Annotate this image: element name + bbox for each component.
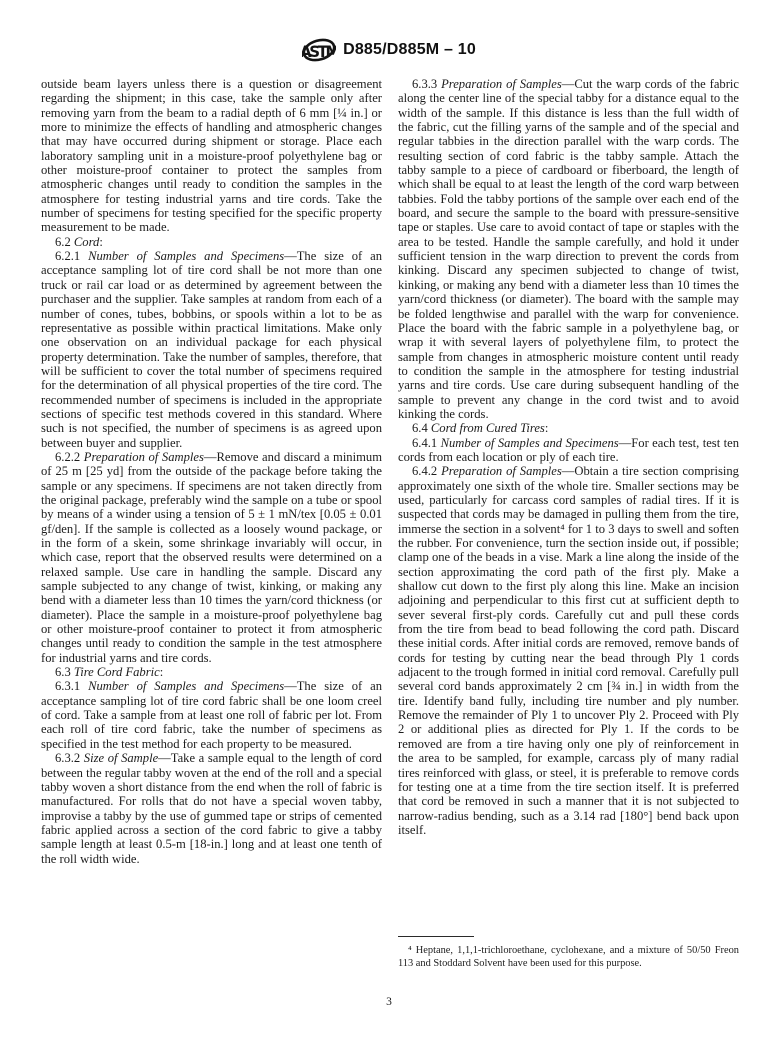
text-run: 6.3 xyxy=(55,665,74,679)
text-run: 6.3.1 xyxy=(55,679,88,693)
paragraph: 6.3 Tire Cord Fabric: xyxy=(41,665,382,679)
italic-run: Size of Sample xyxy=(84,751,158,765)
text-run: : xyxy=(160,665,164,679)
text-run: 6.4 xyxy=(412,421,431,435)
page-number: 3 xyxy=(0,996,778,1008)
text-run: outside beam layers unless there is a qu… xyxy=(41,77,382,234)
right-text-column: 6.3.3 Preparation of Samples—Cut the war… xyxy=(398,77,739,837)
text-run: 6.3.2 xyxy=(55,751,84,765)
footnote-text: ⁴ Heptane, 1,1,1-trichloroethane, cycloh… xyxy=(398,945,739,970)
paragraph: 6.2.1 Number of Samples and Specimens—Th… xyxy=(41,249,382,450)
paragraph: 6.4.2 Preparation of Samples—Obtain a ti… xyxy=(398,464,739,837)
document-page: ASTM D885/D885M – 10 outside beam layers… xyxy=(0,0,778,1041)
paragraph: 6.4.1 Number of Samples and Specimens—Fo… xyxy=(398,436,739,465)
italic-run: Cord from Cured Tires xyxy=(431,421,545,435)
text-run: 6.2.1 xyxy=(55,249,88,263)
text-run: : xyxy=(99,235,103,249)
text-run: 6.4.2 xyxy=(412,464,441,478)
text-run: —Cut the warp cords of the fabric along … xyxy=(398,77,739,421)
astm-logo: ASTM xyxy=(302,34,336,66)
document-designation-title: D885/D885M – 10 xyxy=(343,41,476,59)
italic-run: Preparation of Samples xyxy=(441,464,562,478)
italic-run: Number of Samples and Specimens xyxy=(88,679,284,693)
paragraph: 6.3.3 Preparation of Samples—Cut the war… xyxy=(398,77,739,421)
text-run: —Take a sample equal to the length of co… xyxy=(41,751,382,865)
italic-run: Cord xyxy=(74,235,99,249)
paragraph: 6.3.2 Size of Sample—Take a sample equal… xyxy=(41,751,382,866)
paragraph: outside beam layers unless there is a qu… xyxy=(41,77,382,235)
italic-run: Preparation of Samples xyxy=(84,450,204,464)
text-run: 6.2.2 xyxy=(55,450,84,464)
italic-run: Number of Samples and Specimens xyxy=(88,249,284,263)
footnote-divider xyxy=(398,936,474,937)
italic-run: Number of Samples and Specimens xyxy=(441,436,619,450)
left-text-column: outside beam layers unless there is a qu… xyxy=(41,77,382,866)
text-run: : xyxy=(545,421,549,435)
text-run: —The size of an acceptance sampling lot … xyxy=(41,249,382,449)
text-run: —Remove and discard a minimum of 25 m [2… xyxy=(41,450,382,665)
text-run: 6.4.1 xyxy=(412,436,441,450)
paragraph: 6.3.1 Number of Samples and Specimens—Th… xyxy=(41,679,382,751)
footnote-block: ⁴ Heptane, 1,1,1-trichloroethane, cycloh… xyxy=(398,936,739,970)
italic-run: Preparation of Samples xyxy=(441,77,562,91)
text-run: —Obtain a tire section comprising approx… xyxy=(398,464,739,837)
paragraph: 6.2 Cord: xyxy=(41,235,382,249)
paragraph: 6.4 Cord from Cured Tires: xyxy=(398,421,739,435)
text-run: 6.2 xyxy=(55,235,74,249)
paragraph: 6.2.2 Preparation of Samples—Remove and … xyxy=(41,450,382,665)
italic-run: Tire Cord Fabric xyxy=(74,665,160,679)
page-header: ASTM D885/D885M – 10 xyxy=(0,34,778,66)
svg-text:ASTM: ASTM xyxy=(302,43,336,61)
text-run: 6.3.3 xyxy=(412,77,441,91)
